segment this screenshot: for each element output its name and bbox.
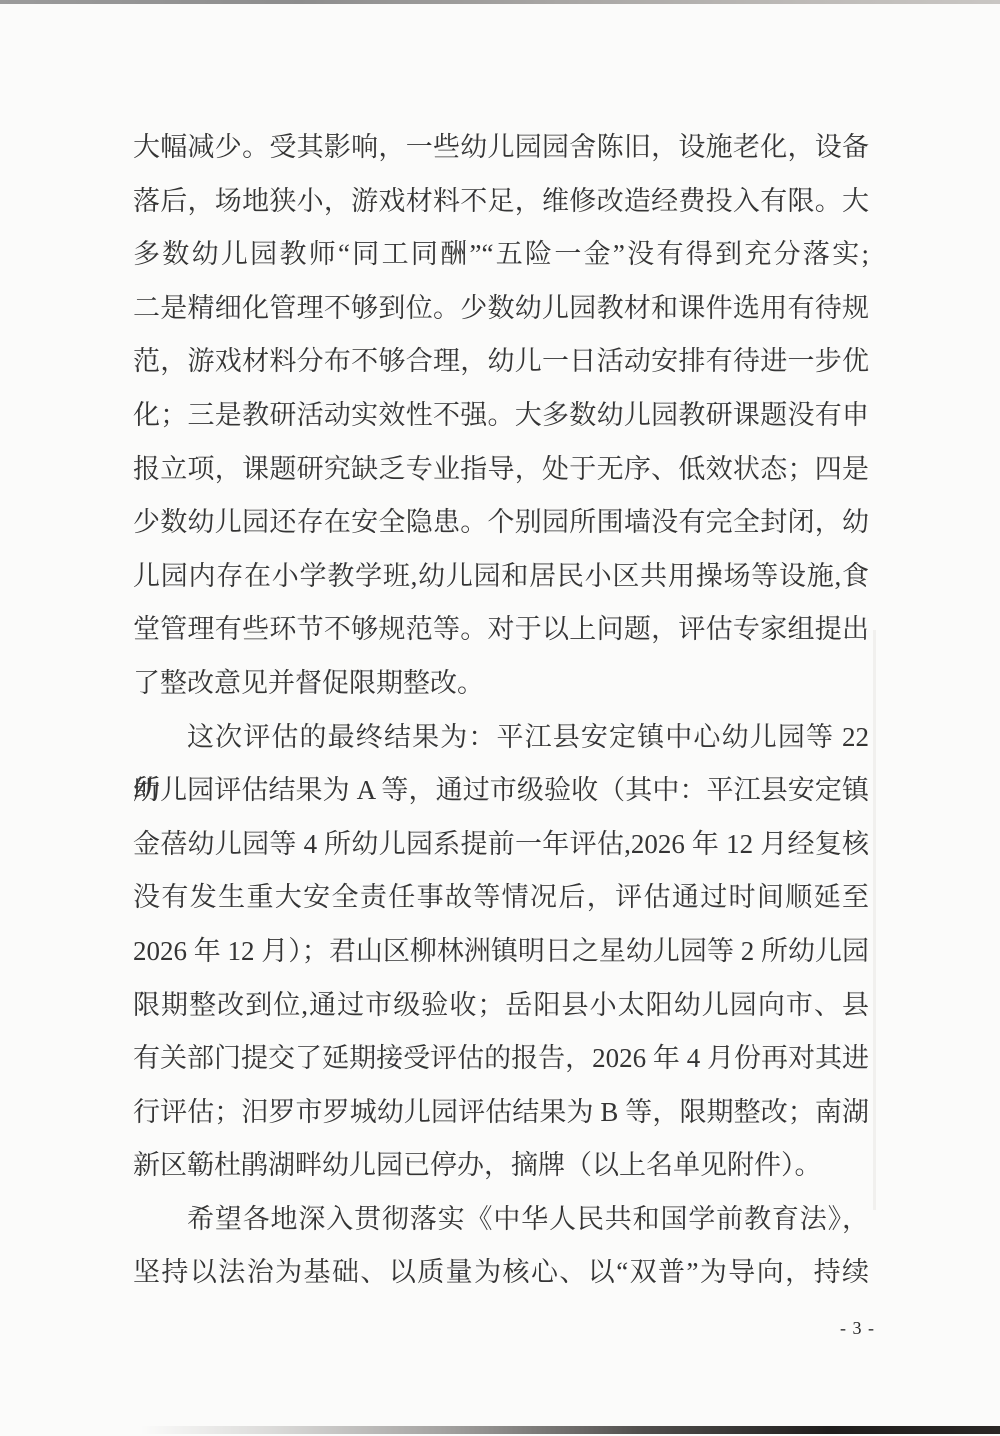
text-line: 落后，场地狭小，游戏材料不足，维修改造经费投入有限。大 — [133, 175, 869, 229]
text-line: 新区簕杜鹃湖畔幼儿园已停办，摘牌（以上名单见附件）。 — [133, 1139, 869, 1193]
text-line: 限期整改到位,通过市级验收；岳阳县小太阳幼儿园向市、县 — [133, 979, 869, 1033]
text-line: 大幅减少。受其影响，一些幼儿园园舍陈旧，设施老化，设备 — [133, 121, 869, 175]
page-number: - 3 - — [840, 1318, 875, 1339]
text-line: 堂管理有些环节不够规范等。对于以上问题，评估专家组提出 — [133, 603, 869, 657]
text-line: 2026 年 12 月）；君山区柳林洲镇明日之星幼儿园等 2 所幼儿园 — [133, 925, 869, 979]
text-line: 有关部门提交了延期接受评估的报告，2026 年 4 月份再对其进 — [133, 1032, 869, 1086]
scan-artifact-top-edge — [0, 0, 1000, 4]
text-line: 希望各地深入贯彻落实《中华人民共和国学前教育法》， — [133, 1193, 869, 1247]
text-line: 行评估；汨罗市罗城幼儿园评估结果为 B 等，限期整改；南湖 — [133, 1086, 869, 1140]
text-line: 化；三是教研活动实效性不强。大多数幼儿园教研课题没有申 — [133, 389, 869, 443]
scan-artifact-streak — [873, 630, 876, 1210]
text-line: 儿园内存在小学教学班,幼儿园和居民小区共用操场等设施,食 — [133, 550, 869, 604]
scanned-document-page: 大幅减少。受其影响，一些幼儿园园舍陈旧，设施老化，设备落后，场地狭小，游戏材料不… — [0, 0, 1000, 1436]
text-line: 了整改意见并督促限期整改。 — [133, 657, 869, 711]
text-line: 少数幼儿园还存在安全隐患。个别园所围墙没有完全封闭，幼 — [133, 496, 869, 550]
document-body: 大幅减少。受其影响，一些幼儿园园舍陈旧，设施老化，设备落后，场地狭小，游戏材料不… — [133, 121, 869, 1300]
text-line: 金蓓幼儿园等 4 所幼儿园系提前一年评估,2026 年 12 月经复核 — [133, 818, 869, 872]
text-line: 二是精细化管理不够到位。少数幼儿园教材和课件选用有待规 — [133, 282, 869, 336]
text-line: 坚持以法治为基础、以质量为核心、以“双普”为导向，持续 — [133, 1246, 869, 1300]
text-line: 这次评估的最终结果为：平江县安定镇中心幼儿园等 22 所 — [133, 711, 869, 765]
text-line: 幼儿园评估结果为 A 等，通过市级验收（其中：平江县安定镇 — [133, 764, 869, 818]
text-line: 报立项，课题研究缺乏专业指导，处于无序、低效状态；四是 — [133, 443, 869, 497]
text-line: 多数幼儿园教师“同工同酬”“五险一金”没有得到充分落实; — [133, 228, 869, 282]
text-line: 范，游戏材料分布不够合理，幼儿一日活动安排有待进一步优 — [133, 335, 869, 389]
scan-artifact-bottom-edge — [140, 1426, 1000, 1434]
text-line: 没有发生重大安全责任事故等情况后，评估通过时间顺延至 — [133, 871, 869, 925]
